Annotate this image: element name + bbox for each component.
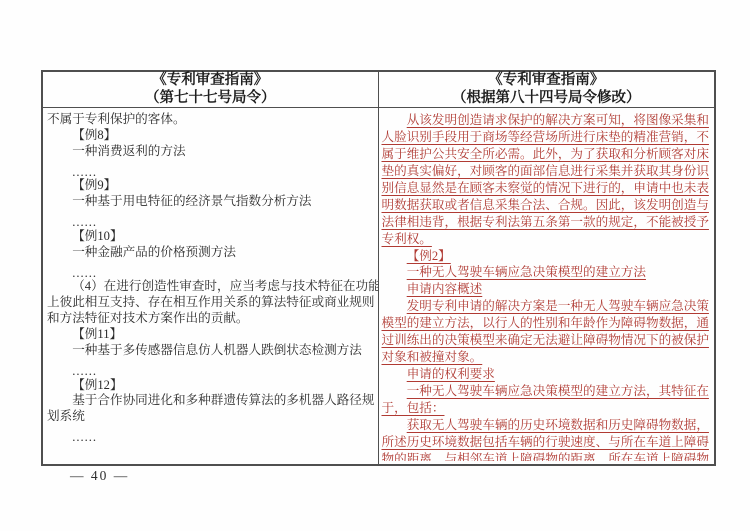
revised-guideline-title: 《专利审查指南》: [379, 72, 715, 90]
text-line: 划系统: [47, 409, 375, 425]
column-header-original: 《专利审查指南》 （第七十七号局令）: [42, 71, 378, 108]
text-line: 【例8】: [47, 128, 375, 144]
text-line: 不属于专利保护的客体。: [47, 112, 375, 128]
revised-text-line: 所述历史环境数据包括车辆的行驶速度、与所在车道上障碍: [382, 434, 713, 451]
revised-guideline-decree: （根据第八十四号局令修改）: [379, 90, 715, 108]
revised-text-line: 申请的权利要求: [382, 366, 713, 383]
revised-text-line: 物的距离、与相邻车道上障碍物的距离、所在车道上障碍物: [382, 451, 713, 461]
revised-text-line: 法律相违背，根据专利法第五条第一款的规定，不能被授予: [382, 214, 713, 231]
revised-text-line: 发明专利申请的解决方案是一种无人驾驶车辆应急决策: [382, 298, 713, 315]
original-guideline-cell: 不属于专利保护的客体。【例8】一种消费返利的方法......【例9】一种基于用电…: [42, 108, 378, 466]
revised-text-line: 从该发明创造请求保护的解决方案可知，将图像采集和: [382, 112, 713, 129]
revised-text-line: 一种无人驾驶车辆应急决策模型的建立方法: [382, 264, 713, 281]
table-header-row: 《专利审查指南》 （第七十七号局令） 《专利审查指南》 （根据第八十四号局令修改…: [42, 71, 715, 108]
comparison-table: 《专利审查指南》 （第七十七号局令） 《专利审查指南》 （根据第八十四号局令修改…: [41, 70, 716, 466]
revised-text-line: 获取无人驾驶车辆的历史环境数据和历史障碍物数据，: [382, 417, 713, 434]
text-line: 基于合作协同进化和多种群遗传算法的多机器人路径规: [47, 393, 375, 409]
revised-text-line: 【例2】: [382, 248, 713, 265]
revised-text-line: 申请内容概述: [382, 281, 713, 298]
revised-text-line: 过训练出的决策模型来确定无法避让障碍物情况下的被保护: [382, 332, 713, 349]
revised-text-line: 明数据获取或者信息采集合法、合规。因此，该发明创造与: [382, 197, 713, 214]
revised-text-line: 别信息显然是在顾客未察觉的情况下进行的，申请中也未表: [382, 180, 713, 197]
document-page: 《专利审查指南》 （第七十七号局令） 《专利审查指南》 （根据第八十四号局令修改…: [0, 0, 750, 531]
table-body-row: 不属于专利保护的客体。【例8】一种消费返利的方法......【例9】一种基于用电…: [42, 108, 715, 466]
text-line: 一种消费返利的方法: [47, 144, 375, 160]
text-line: 和方法特征对技术方案作出的贡献。: [47, 311, 375, 327]
revised-text-line: 垫的真实偏好，对顾客的面部信息进行采集并获取其身份识: [382, 163, 713, 180]
column-header-revised: 《专利审查指南》 （根据第八十四号局令修改）: [378, 71, 715, 108]
text-line: 【例11】: [47, 327, 375, 343]
revised-text-line: 于，包括：: [382, 400, 713, 417]
original-guideline-decree: （第七十七号局令）: [43, 90, 378, 108]
text-line: ......: [47, 430, 375, 446]
text-line: 【例9】: [47, 178, 375, 194]
text-line: 一种基于多传感器信息仿人机器人跌倒状态检测方法: [47, 343, 375, 359]
revised-guideline-cell: 从该发明创造请求保护的解决方案可知，将图像采集和人脸识别手段用于商场等经营场所进…: [378, 108, 715, 466]
revised-text-line: 模型的建立方法，以行人的性别和年龄作为障碍物数据，通: [382, 315, 713, 332]
text-line: 【例12】: [47, 378, 375, 394]
revised-text-line: 专利权。: [382, 231, 713, 248]
revised-text-line: 属于维护公共安全所必需。此外，为了获取和分析顾客对床: [382, 146, 713, 163]
revised-text-line: 对象和被撞对象。: [382, 349, 713, 366]
revised-text-line: 人脸识别手段用于商场等经营场所进行床垫的精准营销，不: [382, 129, 713, 146]
revised-text-line: 一种无人驾驶车辆应急决策模型的建立方法，其特征在: [382, 383, 713, 400]
text-line: 上彼此相互支持、存在相互作用关系的算法特征或商业规则: [47, 295, 375, 311]
text-line: 一种基于用电特征的经济景气指数分析方法: [47, 194, 375, 210]
original-guideline-title: 《专利审查指南》: [43, 72, 378, 90]
text-line: 【例10】: [47, 229, 375, 245]
page-number: — 40 —: [70, 468, 129, 484]
text-line: （4）在进行创造性审查时，应当考虑与技术特征在功能: [47, 279, 375, 295]
text-line: 一种金融产品的价格预测方法: [47, 245, 375, 261]
